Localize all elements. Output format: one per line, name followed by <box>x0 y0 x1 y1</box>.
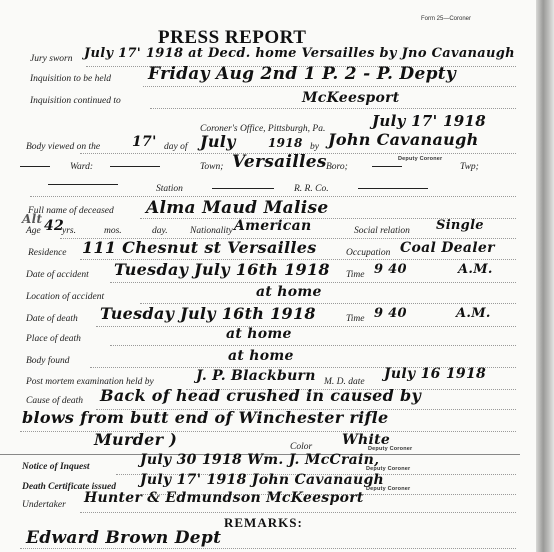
entry-body-found: at home <box>228 348 294 364</box>
entry-undertaker: Hunter & Edmundson McKeesport <box>84 490 364 506</box>
label-nationality: Nationality <box>190 226 233 236</box>
rule <box>110 282 516 283</box>
remarks-heading: REMARKS: <box>224 515 303 531</box>
entry-notice-inquest: July 30 1918 Wm. J. McCrain, <box>140 452 379 468</box>
form-number: Form 25—Coroner <box>421 16 471 22</box>
rule <box>20 548 516 549</box>
entry-cause-line-1: Back of head crushed in caused by <box>100 386 421 405</box>
entry-age-note: Alt <box>22 212 42 226</box>
blank-mark <box>110 166 160 167</box>
rule <box>96 326 516 327</box>
entry-remarks: Edward Brown Dept <box>26 528 221 548</box>
entry-cause-line-2: blows from butt end of Winchester rifle <box>22 408 389 427</box>
label-town: Town; <box>200 162 223 172</box>
label-time-accident: Time <box>346 270 364 280</box>
entry-office-date: July 17' 1918 <box>372 112 486 130</box>
scan-edge <box>536 0 554 552</box>
entry-body-viewed-day: 17' <box>132 134 157 150</box>
label-notice-inquest: Notice of Inquest <box>22 462 90 472</box>
label-date-death: Date of death <box>26 314 78 324</box>
entry-inquisition-held: Friday Aug 2nd 1 P. 2 - P. Depty <box>148 64 456 84</box>
label-inquisition-continued: Inquisition continued to <box>30 96 121 106</box>
entry-time-death: 9 40 <box>374 306 407 321</box>
rule <box>80 512 516 513</box>
entry-body-viewed-by: John Cavanaugh <box>328 130 479 149</box>
entry-post-mortem-by: J. P. Blackburn <box>196 368 316 384</box>
entry-time-accident-ampm: A.M. <box>458 262 493 277</box>
blank-mark <box>372 166 402 167</box>
entry-body-viewed-month: July <box>200 132 236 151</box>
press-report-form: Form 25—Coroner PRESS REPORT Jury sworn … <box>0 0 536 552</box>
entry-date-accident: Tuesday July 16th 1918 <box>114 260 330 279</box>
entry-cause-line-3: Murder ) <box>94 430 177 449</box>
label-twp: Twp; <box>460 162 479 172</box>
deputy-coroner-caption: Deputy Coroner <box>398 156 442 162</box>
entry-social-relation: Single <box>436 218 484 233</box>
entry-body-viewed-year: 1918 <box>268 136 303 150</box>
entry-time-death-ampm: A.M. <box>456 306 491 321</box>
entry-location-accident: at home <box>256 284 322 300</box>
entry-date-death: Tuesday July 16th 1918 <box>100 304 316 323</box>
entry-post-mortem-date: July 16 1918 <box>384 366 486 382</box>
blank-mark <box>48 184 118 185</box>
rule <box>150 108 516 109</box>
entry-jury-sworn: July 17' 1918 at Decd. home Versailles b… <box>84 46 515 61</box>
label-ward: Ward: <box>70 162 93 172</box>
rule <box>110 345 516 346</box>
label-residence: Residence <box>28 248 67 258</box>
entry-town: Versailles <box>232 152 327 172</box>
entry-residence: 111 Chesnut st Versailles <box>82 238 317 257</box>
label-boro: Boro; <box>326 162 348 172</box>
label-yrs: yrs. <box>62 226 76 236</box>
entry-inquisition-continued: McKeesport <box>302 90 400 106</box>
label-jury-sworn: Jury sworn <box>30 54 73 64</box>
label-rr-co: R. R. Co. <box>294 184 329 194</box>
entry-time-accident: 9 40 <box>374 262 407 277</box>
label-occupation: Occupation <box>346 248 390 258</box>
deputy-coroner-caption: Deputy Coroner <box>366 486 410 492</box>
label-cause-death: Cause of death <box>26 396 83 406</box>
label-station: Station <box>156 184 183 194</box>
label-body-found: Body found <box>26 356 70 366</box>
label-day-of: day of <box>164 142 187 152</box>
entry-nationality: American <box>234 218 311 234</box>
blank-mark <box>358 188 428 189</box>
rule <box>30 196 516 197</box>
blank-mark <box>212 188 274 189</box>
label-body-viewed: Body viewed on the <box>26 142 100 152</box>
label-age: Age <box>26 226 41 236</box>
entry-occupation: Coal Dealer <box>400 240 495 256</box>
label-place-death: Place of death <box>26 334 81 344</box>
label-time-death: Time <box>346 314 364 324</box>
label-mos: mos. <box>104 226 122 236</box>
label-social-relation: Social relation <box>354 226 410 236</box>
label-date-accident: Date of accident <box>26 270 89 280</box>
label-day: day. <box>152 226 168 236</box>
label-by: by <box>310 142 319 152</box>
entry-death-certificate: July 17' 1918 John Cavanaugh <box>140 472 384 488</box>
label-location-accident: Location of accident <box>26 292 104 302</box>
label-color: Color <box>290 442 312 452</box>
rule <box>143 86 516 87</box>
label-inquisition-held: Inquisition to be held <box>30 74 111 84</box>
entry-full-name: Alma Maud Malise <box>146 198 329 218</box>
blank-mark <box>20 166 50 167</box>
label-undertaker: Undertaker <box>22 500 66 510</box>
entry-place-death: at home <box>226 326 292 342</box>
